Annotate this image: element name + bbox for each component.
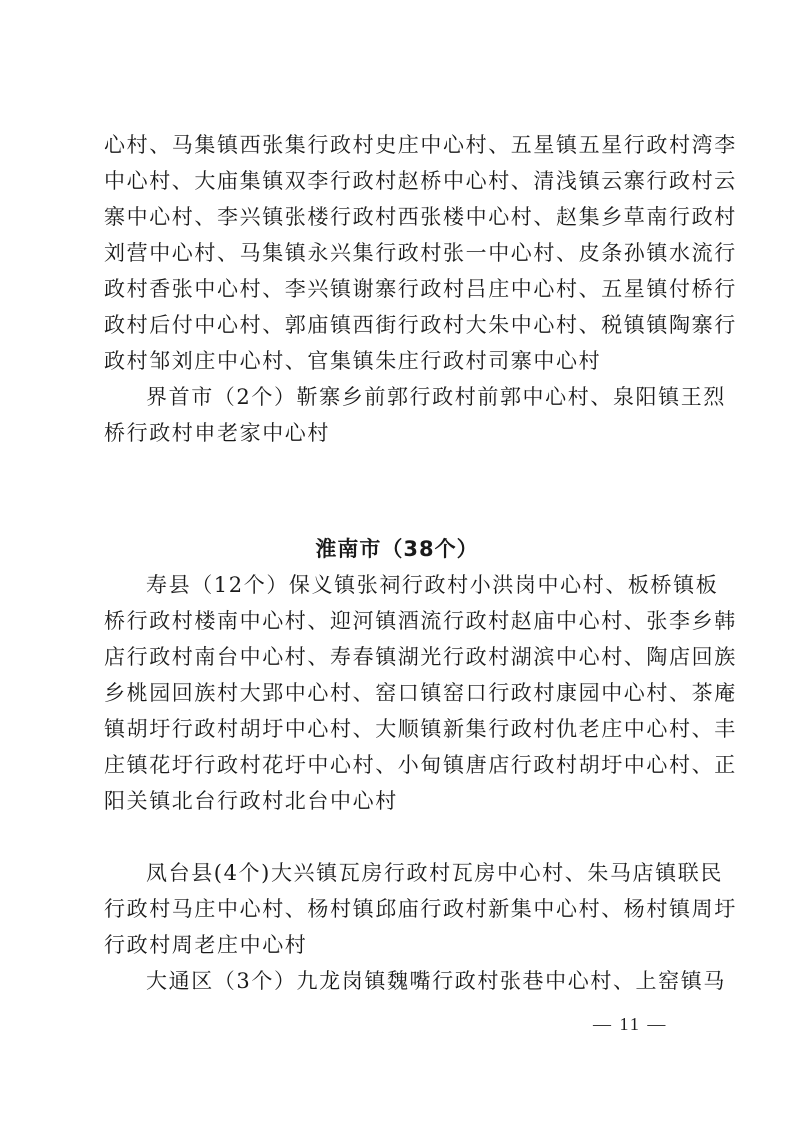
paragraph-shouxian-line: 桥行政村楼南中心村、迎河镇酒流行政村赵庙中心村、张李乡韩 (104, 603, 696, 639)
document-page: 心村、马集镇西张集行政村史庄中心村、五星镇五星行政村湾李 中心村、大庙集镇双李行… (0, 0, 794, 1122)
paragraph-jieshou-line: 桥行政村申老家中心村 (104, 415, 696, 451)
text-line: 刘营中心村、马集镇永兴集行政村张一中心村、皮条孙镇水流行 (104, 235, 696, 271)
text-line: 政村香张中心村、李兴镇谢寨行政村吕庄中心村、五星镇付桥行 (104, 271, 696, 307)
paragraph-fengtai-line: 行政村马庄中心村、杨村镇邱庙行政村新集中心村、杨村镇周圩 (104, 891, 696, 927)
paragraph-shouxian-line: 镇胡圩行政村胡圩中心村、大顺镇新集行政村仇老庄中心村、丰 (104, 711, 696, 747)
text-line: 政村邹刘庄中心村、官集镇朱庄行政村司寨中心村 (104, 343, 696, 379)
paragraph-shouxian-line: 寿县（12个）保义镇张祠行政村小洪岗中心村、板桥镇板 (146, 567, 696, 603)
paragraph-shouxian-line: 庄镇花圩行政村花圩中心村、小甸镇唐店行政村胡圩中心村、正 (104, 747, 696, 783)
text-line: 心村、马集镇西张集行政村史庄中心村、五星镇五星行政村湾李 (104, 127, 696, 163)
paragraph-jieshou-line: 界首市（2个）靳寨乡前郭行政村前郭中心村、泉阳镇王烈 (146, 379, 696, 415)
section-heading-huainan: 淮南市（38个） (0, 531, 794, 567)
text-line: 中心村、大庙集镇双李行政村赵桥中心村、清浅镇云寨行政村云 (104, 163, 696, 199)
paragraph-shouxian-line: 乡桃园回族村大郢中心村、窑口镇窑口行政村康园中心村、茶庵 (104, 675, 696, 711)
text-line: 政村后付中心村、郭庙镇西街行政村大朱中心村、税镇镇陶寨行 (104, 307, 696, 343)
text-line: 寨中心村、李兴镇张楼行政村西张楼中心村、赵集乡草南行政村 (104, 199, 696, 235)
paragraph-shouxian-line: 店行政村南台中心村、寿春镇湖光行政村湖滨中心村、陶店回族 (104, 639, 696, 675)
paragraph-shouxian-line: 阳关镇北台行政村北台中心村 (104, 783, 696, 819)
paragraph-datong-line: 大通区（3个）九龙岗镇魏嘴行政村张巷中心村、上窑镇马 (146, 963, 696, 999)
page-number: — 11 — (593, 1014, 667, 1035)
paragraph-fengtai-line: 凤台县(4个)大兴镇瓦房行政村瓦房中心村、朱马店镇联民 (146, 855, 696, 891)
paragraph-fengtai-line: 行政村周老庄中心村 (104, 927, 696, 963)
